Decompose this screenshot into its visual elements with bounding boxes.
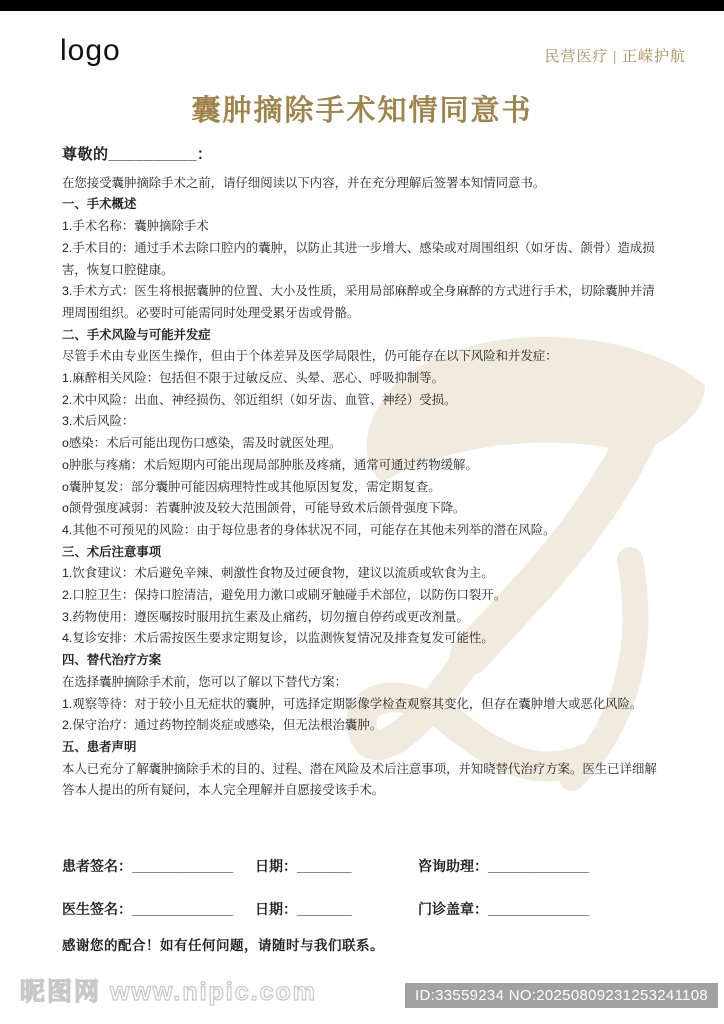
body-paragraph: 尽管手术由专业医生操作，但由于个体差异及医学局限性，仍可能存在以下风险和并发症：: [62, 346, 664, 368]
date-field: 日期：_______: [255, 856, 418, 876]
body-paragraph: 在选择囊肿摘除手术前，您可以了解以下替代方案：: [62, 672, 664, 694]
bullet-paragraph: o感染：术后可能出现伤口感染，需及时就医处理。: [62, 433, 664, 455]
clinic-tagline: 民营医疗 | 正嵘护航: [544, 48, 686, 66]
consult-assistant-field: 咨询助理：_____________: [418, 856, 672, 876]
page-header: logo 民营医疗 | 正嵘护航: [60, 36, 686, 66]
document-body: 尊敬的__________： 在您接受囊肿摘除手术之前，请仔细阅读以下内容，并在…: [62, 144, 664, 802]
body-paragraph: 1.麻醉相关风险：包括但不限于过敏反应、头晕、恶心、呼吸抑制等。: [62, 368, 664, 390]
section-3-heading: 三、术后注意事项: [62, 542, 664, 564]
section-5-heading: 五、患者声明: [62, 737, 664, 759]
section-4-heading: 四、替代治疗方案: [62, 650, 664, 672]
clinic-stamp-field: 门诊盖章：_____________: [418, 899, 672, 919]
body-paragraph: 1.观察等待：对于较小且无症状的囊肿，可选择定期影像学检查观察其变化，但存在囊肿…: [62, 694, 664, 716]
intro-paragraph: 在您接受囊肿摘除手术之前，请仔细阅读以下内容，并在充分理解后签署本知情同意书。: [62, 173, 664, 195]
section-1-heading: 一、手术概述: [62, 194, 664, 216]
patient-signature-field: 患者签名：_____________: [62, 856, 255, 876]
signature-row-1: 患者签名：_____________ 日期：_______ 咨询助理：_____…: [62, 856, 672, 876]
body-paragraph: 2.术中风险：出血、神经损伤、邻近组织（如牙齿、血管、神经）受损。: [62, 390, 664, 412]
watermark-footer: 昵图网 www.nipic.com ID:33559234 NO:2025080…: [0, 976, 724, 1012]
body-paragraph: 3.药物使用：遵医嘱按时服用抗生素及止痛药，切勿擅自停药或更改剂量。: [62, 607, 664, 629]
body-paragraph: 1.饮食建议：术后避免辛辣、刺激性食物及过硬食物，建议以流质或软食为主。: [62, 563, 664, 585]
nipic-site-name: 昵图网: [20, 978, 101, 1006]
body-paragraph: 2.保守治疗：通过药物控制炎症或感染，但无法根治囊肿。: [62, 715, 664, 737]
bullet-paragraph: o颌骨强度减弱：若囊肿波及较大范围颌骨，可能导致术后颌骨强度下降。: [62, 498, 664, 520]
body-paragraph: 3.手术方式：医生将根据囊肿的位置、大小及性质，采用局部麻醉或全身麻醉的方式进行…: [62, 281, 664, 324]
bullet-paragraph: o囊肿复发：部分囊肿可能因病理特性或其他原因复发，需定期复查。: [62, 477, 664, 499]
closing-line: 感谢您的配合！如有任何问题，请随时与我们联系。: [62, 934, 672, 954]
page-title: 囊肿摘除手术知情同意书: [0, 88, 724, 129]
section-2-heading: 二、手术风险与可能并发症: [62, 325, 664, 347]
body-paragraph: 4.其他不可预见的风险：由于每位患者的身体状况不同，可能存在其他未列举的潜在风险…: [62, 520, 664, 542]
consent-form-page: logo 民营医疗 | 正嵘护航 囊肿摘除手术知情同意书 尊敬的________…: [0, 0, 724, 1024]
body-paragraph: 1.手术名称：囊肿摘除手术: [62, 216, 664, 238]
date-field: 日期：_______: [255, 899, 418, 919]
body-paragraph: 本人已充分了解囊肿摘除手术的目的、过程、潜在风险及术后注意事项，并知晓替代治疗方…: [62, 759, 664, 802]
body-paragraph: 3.术后风险：: [62, 411, 664, 433]
salutation-line: 尊敬的__________：: [62, 144, 664, 166]
body-paragraph: 2.手术目的：通过手术去除口腔内的囊肿，以防止其进一步增大、感染或对周围组织（如…: [62, 238, 664, 281]
stock-id-badge: ID:33559234 NO:20250809231253241108: [405, 983, 718, 1008]
nipic-watermark: 昵图网 www.nipic.com: [20, 972, 317, 1008]
signature-area: 患者签名：_____________ 日期：_______ 咨询助理：_____…: [62, 856, 672, 942]
top-black-bar: [0, 0, 724, 11]
body-paragraph: 2.口腔卫生：保持口腔清洁，避免用力漱口或刷牙触碰手术部位，以防伤口裂开。: [62, 585, 664, 607]
clinic-logo: logo: [60, 36, 121, 66]
signature-row-2: 医生签名：_____________ 日期：_______ 门诊盖章：_____…: [62, 899, 672, 919]
doctor-signature-field: 医生签名：_____________: [62, 899, 255, 919]
nipic-site-url: www.nipic.com: [110, 978, 317, 1006]
body-paragraph: 4.复诊安排：术后需按医生要求定期复诊，以监测恢复情况及排查复发可能性。: [62, 628, 664, 650]
bullet-paragraph: o肿胀与疼痛：术后短期内可能出现局部肿胀及疼痛，通常可通过药物缓解。: [62, 455, 664, 477]
